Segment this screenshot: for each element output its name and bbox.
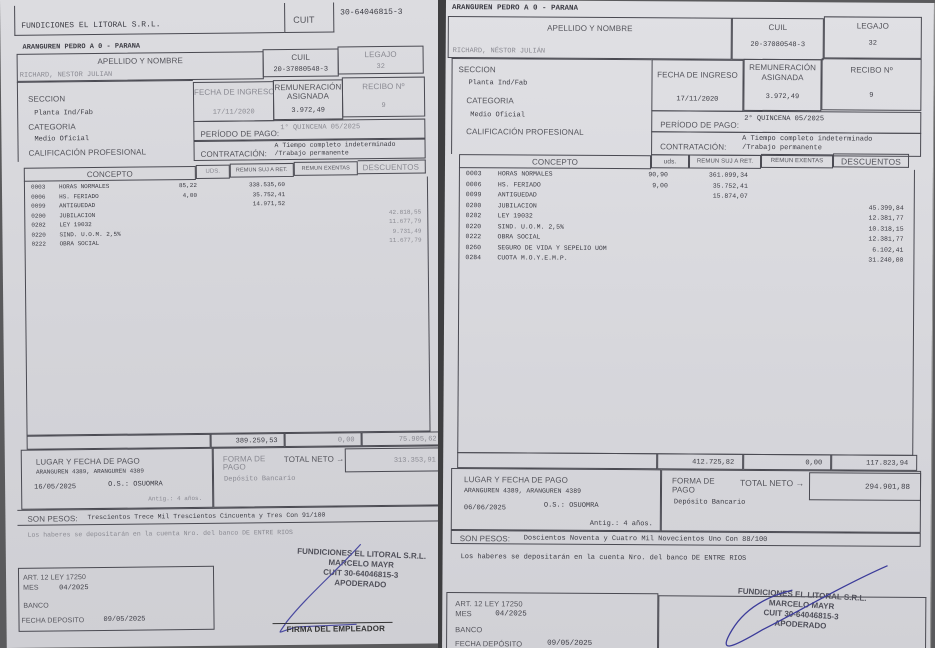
contratacion-value-line1: A Tiempo completo indeterminado: [742, 135, 872, 144]
total-neto-box: 294.901,88: [809, 472, 921, 501]
contratacion-box: CONTRATACIÓN: A Tiempo completo indeterm…: [193, 139, 425, 161]
legajo-value: 32: [339, 63, 423, 72]
remuneracion-value: 3.972,49: [274, 106, 342, 115]
item-remun-suj: 14.971,52: [253, 200, 285, 207]
item-concepto: SIND. U.O.M. 2,5%: [498, 223, 564, 230]
concepto-header-text: CONCEPTO: [460, 157, 650, 167]
item-descuento: 10.318,15: [868, 225, 903, 232]
item-code: 0099: [466, 191, 482, 198]
item-concepto: JUBILACION: [498, 202, 537, 209]
total-descuentos: 117.823,94: [866, 460, 908, 468]
remun-ex-header: REMUN EXENTAS: [761, 154, 833, 168]
fecha-ingreso-box: FECHA DE INGRESO 17/11/2020: [193, 81, 274, 122]
item-concepto: HORAS NORMALES: [498, 170, 553, 177]
art-label: ART. 12 LEY 17250: [23, 574, 86, 582]
mes-value: 04/2025: [495, 610, 527, 618]
employee-info-box: SECCION Planta Ind/Fab CATEGORIA Medio O…: [17, 80, 194, 162]
total-neto-value: 313.353,91: [394, 456, 436, 464]
cuit-label-box: CUIT: [284, 3, 334, 34]
item-code: 0200: [31, 212, 45, 219]
lugar-pago-value: ARANGUREN 4389, ARANGUREN 4389: [464, 487, 581, 495]
item-descuento: 6.102,41: [872, 246, 903, 253]
periodo-label: PERÍODO DE PAGO:: [660, 120, 739, 129]
recibo-value: 9: [343, 102, 424, 111]
total-descuentos: 75.905,62: [399, 435, 437, 443]
deposito-info-box: ART. 12 LEY 17250 MES 04/2025 BANCO FECH…: [446, 592, 658, 648]
recibo-box: RECIBO Nº 9: [342, 77, 425, 118]
lugar-fecha-box: LUGAR Y FECHA DE PAGO ARANGUREN 4389, AR…: [21, 448, 214, 510]
employer-address: ARANGUREN PEDRO A 0 - PARANA: [22, 43, 140, 52]
item-code: 0003: [31, 184, 45, 191]
uds-header: uds.: [651, 154, 689, 168]
periodo-box: PERÍODO DE PAGO: 1° QUINCENA 05/2025: [193, 119, 425, 141]
categoria-value: Medio Oficial: [470, 111, 525, 119]
employer-address: ARANGUREN PEDRO A 0 - PARANA: [452, 4, 578, 13]
categoria-value: Medio Oficial: [34, 135, 89, 144]
deposito-note: Los haberes se depositarán en la cuenta …: [28, 529, 293, 539]
total-remun-ex-box: 0,00: [285, 432, 362, 447]
periodo-label: PERÍODO DE PAGO:: [200, 129, 279, 139]
item-code: 0222: [32, 241, 46, 248]
item-uds: 9,00: [652, 182, 668, 189]
total-remun-suj: 412.725,82: [692, 459, 734, 467]
fecha-deposito-label: FECHA DEPOSITO: [21, 617, 84, 625]
fecha-pago-value: 06/06/2025: [464, 504, 506, 512]
contratacion-value: A Tiempo completo indeterminado /Trabajo…: [275, 141, 425, 159]
cuil-box: CUIL 20-37080548-3: [732, 18, 824, 61]
total-remun-ex: 0,00: [338, 436, 355, 444]
total-neto-label: TOTAL NETO →: [284, 454, 345, 464]
son-pesos-label: SON PESOS:: [27, 514, 77, 524]
remuneracion-label: REMUNERACIÓN ASIGNADA: [744, 63, 820, 83]
total-descuentos-box: 75.905,62: [362, 431, 444, 446]
fecha-ingreso-label: FECHA DE INGRESO: [653, 70, 743, 80]
item-code: 0006: [31, 193, 45, 200]
remun-suj-header: REMUN SUJ A RET.: [230, 163, 294, 178]
recibo-label: RECIBO Nº: [343, 82, 424, 92]
total-remun-ex-box: 0,00: [743, 454, 831, 471]
mes-label: MES: [23, 585, 39, 592]
item-descuento: 9.731,49: [393, 227, 422, 234]
fecha-pago-value: 16/05/2025: [34, 483, 76, 491]
legajo-box: LEGAJO 32: [338, 46, 424, 75]
lugar-fecha-label: LUGAR Y FECHA DE PAGO: [464, 475, 568, 485]
forma-pago-label: FORMA DE PAGO: [672, 476, 720, 494]
item-code: 0202: [466, 212, 482, 219]
antiguedad-value: Antig.: 4 años.: [590, 520, 653, 528]
item-concepto: SEGURO DE VIDA Y SEPELIO UOM: [497, 244, 606, 252]
item-uds: 90,90: [648, 171, 668, 178]
item-descuento: 11.677,79: [389, 237, 421, 244]
descuentos-header: DESCUENTOS: [358, 160, 426, 175]
remun-suj-header-text: REMUN SUJ A RET.: [231, 167, 293, 174]
son-pesos-label: SON PESOS:: [460, 534, 510, 543]
descuentos-header-text: DESCUENTOS: [834, 156, 908, 166]
item-concepto: JUBILACION: [59, 212, 95, 219]
seccion-label: SECCION: [28, 94, 65, 103]
item-concepto: ANTIGUEDAD: [498, 191, 537, 198]
fecha-deposito-value: 09/05/2025: [547, 640, 592, 648]
deposito-info-box: ART. 12 LEY 17250 MES 04/2025 BANCO FECH…: [18, 566, 215, 632]
son-pesos-value: Doscientos Noventa y Cuatro Mil Novecien…: [524, 534, 768, 543]
item-concepto: HS. FERIADO: [498, 181, 541, 188]
item-remun-suj: 35.752,41: [253, 191, 285, 198]
recibo-value: 9: [822, 91, 920, 100]
item-code: 0222: [466, 233, 482, 240]
employee-info-box: SECCION Planta Ind/Fab CATEGORIA Medio O…: [451, 58, 652, 155]
descuentos-header: DESCUENTOS: [833, 153, 909, 167]
employee-name: RICHARD, NESTOR JULIAN: [20, 71, 113, 80]
periodo-box: PERÍODO DE PAGO: 2° QUINCENA 05/2025: [651, 110, 921, 134]
item-descuento: 31.240,00: [868, 257, 903, 264]
mes-label: MES: [455, 609, 472, 618]
item-code: 0200: [466, 202, 482, 209]
legajo-label: LEGAJO: [825, 21, 921, 31]
seccion-value: Planta Ind/Fab: [468, 79, 527, 87]
son-pesos-box: SON PESOS: Trescientos Trece Mil Trescie…: [17, 505, 445, 525]
art-label: ART. 12 LEY 17250: [455, 599, 522, 608]
remun-ex-header-text: REMUN EXENTAS: [762, 158, 832, 164]
table-row: 0284CUOTA M.O.Y.E.M.P.31.240,00: [459, 254, 913, 267]
forma-pago-label: FORMA DE PAGO: [223, 455, 271, 472]
item-concepto: CUOTA M.O.Y.E.M.P.: [497, 254, 567, 261]
remuneracion-box: REMUNERACIÓN ASIGNADA 3.972,49: [743, 59, 821, 111]
calificacion-label: CALIFICACIÓN PROFESIONAL: [466, 127, 584, 137]
items-table: 0003HORAS NORMALES90,90361.099,340006HS.…: [457, 167, 915, 456]
item-descuento: 12.381,77: [869, 215, 904, 222]
item-descuento: 45.399,84: [869, 204, 904, 211]
deposito-note: Los haberes se depositarán en la cuenta …: [461, 553, 747, 563]
uds-header-text: uds.: [652, 158, 688, 165]
item-code: 0099: [31, 203, 45, 210]
remuneracion-value: 3.972,49: [744, 93, 820, 101]
descuentos-header-text: DESCUENTOS: [358, 163, 424, 173]
obra-social-value: O.S.: OSUOMRA: [108, 480, 163, 489]
name-label: APELLIDO Y NOMBRE: [18, 55, 263, 67]
item-code: 0260: [465, 244, 481, 251]
items-table: 0003HORAS NORMALES85,22338.535,600006HS.…: [24, 177, 431, 436]
banco-label: BANCO: [455, 625, 482, 634]
banco-label: BANCO: [23, 603, 48, 610]
remuneracion-box: REMUNERACIÓN ASIGNADA 3.972,49: [273, 79, 343, 120]
categoria-label: CATEGORIA: [28, 122, 76, 131]
total-remun-suj-box: 412.725,82: [657, 453, 743, 470]
cuit-label: CUIT: [293, 15, 315, 25]
item-concepto: ANTIGUEDAD: [59, 202, 95, 209]
employee-name: RICHARD, NÉSTOR JULIÁN: [453, 47, 545, 56]
lugar-fecha-box: LUGAR Y FECHA DE PAGO ARANGUREN 4389, AR…: [451, 468, 661, 531]
item-concepto: SIND. U.O.M. 2,5%: [59, 230, 120, 238]
seccion-label: SECCION: [459, 65, 496, 74]
item-concepto: HORAS NORMALES: [59, 183, 109, 191]
company-cuit: 30-64046815-3: [340, 8, 403, 18]
item-descuento: 42.818,55: [389, 208, 421, 215]
son-pesos-value: Trescientos Trece Mil Trescientos Cincue…: [87, 512, 325, 521]
item-code: 0220: [466, 223, 482, 230]
total-remun-ex: 0,00: [805, 459, 822, 467]
categoria-label: CATEGORIA: [466, 96, 513, 105]
fecha-ingreso-value: 17/11/2020: [652, 95, 742, 104]
cuil-label: CUIL: [264, 52, 338, 62]
item-concepto: HS. FERIADO: [59, 192, 99, 199]
fecha-deposito-label: FECHA DEPÓSITO: [455, 639, 522, 648]
items-list: 0003HORAS NORMALES90,90361.099,340006HS.…: [460, 167, 914, 170]
name-box: APELLIDO Y NOMBRE RICHARD, NESTOR JULIAN: [17, 51, 264, 82]
remuneracion-label: REMUNERACIÓN ASIGNADA: [274, 82, 342, 101]
concepto-header-text: CONCEPTO: [25, 169, 195, 180]
totals-spacer: [457, 452, 657, 469]
remun-suj-header: REMUN SUJ A RET.: [689, 154, 761, 168]
son-pesos-box: SON PESOS: Doscientos Noventa y Cuatro M…: [451, 530, 921, 547]
lugar-pago-value: ARANGUREN 4389, ARANGUREN 4389: [36, 468, 144, 476]
company-stamp: FUNDICIONES EL LITORAL S.R.L. MARCELO MA…: [295, 547, 427, 592]
remun-ex-header: REMUN EXENTAS: [294, 161, 358, 176]
total-neto-value: 294.901,88: [865, 484, 910, 492]
item-descuento: 11.677,79: [389, 218, 421, 225]
contratacion-label: CONTRATACIÓN:: [660, 142, 726, 151]
cuil-label: CUIL: [733, 23, 823, 33]
cuil-value: 20-37080548-3: [733, 41, 823, 50]
forma-pago-value: Depósito Bancario: [674, 498, 745, 506]
item-code: 0284: [465, 254, 481, 261]
item-remun-suj: 15.874,07: [713, 193, 748, 200]
remun-suj-header-text: REMUN SUJ A RET.: [690, 158, 760, 164]
total-neto-box: 313.353,91: [345, 447, 445, 472]
name-box: APELLIDO Y NOMBRE RICHARD, NÉSTOR JULIÁN: [448, 16, 732, 60]
item-remun-suj: 361.099,34: [709, 172, 748, 179]
name-label: APELLIDO Y NOMBRE: [449, 23, 731, 34]
item-remun-suj: 35.752,41: [713, 182, 748, 189]
lugar-fecha-label: LUGAR Y FECHA DE PAGO: [36, 457, 140, 467]
antiguedad-value: Antig.: 4 años.: [148, 495, 202, 503]
item-code: 0006: [466, 181, 482, 188]
total-descuentos-box: 117.823,94: [831, 454, 917, 471]
calificacion-label: CALIFICACIÓN PROFESIONAL: [29, 147, 147, 157]
fecha-ingreso-label: FECHA DE INGRESO: [194, 87, 273, 97]
recibo-box: RECIBO Nº 9: [821, 58, 921, 111]
item-uds: 4,00: [183, 191, 197, 198]
total-remun-suj: 389.259,53: [236, 437, 278, 445]
item-concepto: LEY 19032: [498, 212, 533, 219]
remun-ex-header-text: REMUN EXENTAS: [295, 165, 357, 172]
recibo-label: RECIBO Nº: [823, 65, 921, 75]
legajo-box: LEGAJO 32: [824, 16, 922, 59]
item-descuento: 12.381,77: [868, 236, 903, 243]
mes-value: 04/2025: [59, 584, 88, 592]
periodo-value: 2° QUINCENA 05/2025: [744, 115, 824, 123]
legajo-value: 32: [825, 39, 921, 48]
firma-label: FIRMA DEL EMPLEADOR: [287, 624, 385, 634]
item-concepto: OBRA SOCIAL: [60, 240, 100, 247]
total-remun-suj-box: 389.259,53: [211, 433, 285, 448]
payslip-second-fortnight: ARANGUREN PEDRO A 0 - PARANA APELLIDO Y …: [442, 0, 935, 648]
item-remun-suj: 338.535,60: [249, 181, 285, 188]
item-code: 0003: [466, 170, 482, 177]
total-neto-label: TOTAL NETO →: [740, 478, 804, 488]
legajo-label: LEGAJO: [339, 50, 423, 60]
uds-header: uds.: [196, 165, 230, 179]
payslip-first-fortnight: FUNDICIONES EL LITORAL S.R.L. CUIT 30-64…: [0, 0, 447, 648]
periodo-value: 1° QUINCENA 05/2025: [280, 123, 360, 132]
cuil-box: CUIL 20-37080548-3: [263, 48, 339, 77]
seccion-value: Planta Ind/Fab: [34, 109, 93, 118]
company-name: FUNDICIONES EL LITORAL S.R.L.: [21, 20, 160, 30]
uds-header-text: uds.: [197, 169, 229, 175]
item-concepto: LEY 19032: [59, 221, 91, 228]
item-code: 0220: [31, 231, 45, 238]
cuil-value: 20-37080548-3: [264, 65, 338, 74]
company-box: FUNDICIONES EL LITORAL S.R.L.: [14, 3, 284, 36]
item-concepto: OBRA SOCIAL: [498, 233, 541, 240]
item-code: 0202: [31, 222, 45, 229]
forma-pago-value: Depósito Bancario: [224, 475, 296, 484]
contratacion-label: CONTRATACIÓN:: [201, 149, 267, 159]
fecha-ingreso-box: FECHA DE INGRESO 17/11/2020: [651, 59, 743, 112]
fecha-deposito-value: 09/05/2025: [103, 616, 145, 624]
contratacion-value-line2: /Trabajo permanente: [742, 144, 822, 152]
fecha-ingreso-value: 17/11/2020: [194, 108, 273, 117]
item-uds: 85,22: [179, 182, 197, 189]
obra-social-value: O.S.: OSUOMRA: [544, 502, 599, 510]
